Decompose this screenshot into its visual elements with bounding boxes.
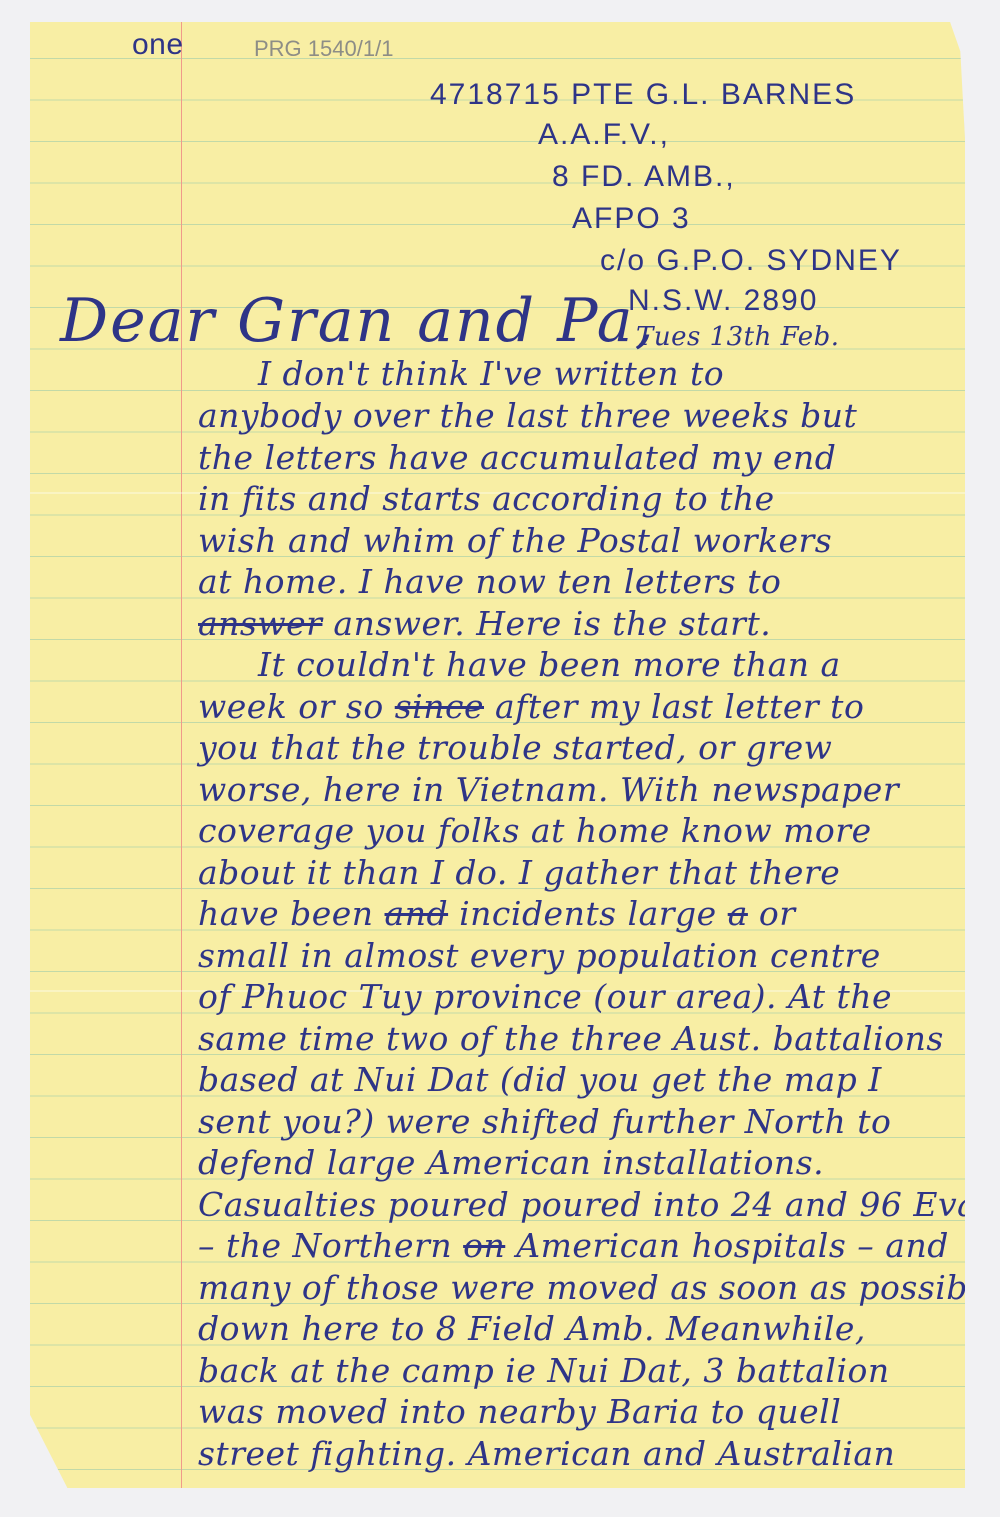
body-text: week or so (198, 687, 384, 726)
body-line: defend large American installations. (198, 1143, 824, 1182)
body-line: answer answer. Here is the start. (198, 604, 771, 643)
body-line: week or so since after my last letter to (198, 687, 864, 726)
body-line: Casualties poured poured into 24 and 96 … (198, 1185, 996, 1224)
struck-word: on (463, 1226, 505, 1265)
body-line: many of those were moved as soon as poss… (198, 1268, 999, 1307)
address-line: A.A.F.V., (538, 118, 670, 152)
body-line: back at the camp ie Nui Dat, 3 battalion (198, 1351, 890, 1390)
body-line: in fits and starts according to the (198, 479, 775, 518)
body-line: was moved into nearby Baria to quell (198, 1392, 841, 1431)
archive-reference: PRG 1540/1/1 (254, 36, 393, 62)
struck-word: answer (198, 604, 322, 643)
body-line: anybody over the last three weeks but (198, 396, 857, 435)
body-text: – the Northern (198, 1226, 452, 1265)
body-line: same time two of the three Aust. battali… (198, 1019, 944, 1058)
body-line: about it than I do. I gather that there (198, 853, 840, 892)
address-line: c/o G.P.O. SYDNEY (600, 244, 902, 278)
struck-word: a (728, 894, 748, 933)
body-line: sent you?) were shifted further North to (198, 1102, 891, 1141)
body-text: or (759, 894, 796, 933)
body-line: I don't think I've written to (258, 354, 724, 393)
letter-page: one PRG 1540/1/1 4718715 PTE G.L. BARNES… (30, 22, 965, 1488)
corner-note: one (132, 28, 184, 62)
letter-date: Tues 13th Feb. (636, 322, 840, 352)
body-line: wish and whim of the Postal workers (198, 521, 832, 560)
body-line: – the Northern on American hospitals – a… (198, 1226, 949, 1265)
address-line: 4718715 PTE G.L. BARNES (430, 78, 856, 112)
body-line: street fighting. American and Australian (198, 1434, 895, 1473)
body-line: you that the trouble started, or grew (198, 728, 832, 767)
body-line: at home. I have now ten letters to (198, 562, 781, 601)
struck-word: since (395, 687, 484, 726)
body-text: after my last letter to (495, 687, 864, 726)
struck-word: and (385, 894, 449, 933)
body-text: incidents large (459, 894, 717, 933)
body-line: It couldn't have been more than a (258, 645, 841, 684)
address-line: N.S.W. 2890 (628, 284, 818, 318)
body-line: down here to 8 Field Amb. Meanwhile, (198, 1309, 866, 1348)
body-line: the letters have accumulated my end (198, 438, 836, 477)
body-line: of Phuoc Tuy province (our area). At the (198, 977, 892, 1016)
body-line: coverage you folks at home know more (198, 811, 872, 850)
body-line: have been and incidents large a or (198, 894, 796, 933)
body-text: have been (198, 894, 374, 933)
body-text: American hospitals – and (516, 1226, 949, 1265)
salutation: Dear Gran and Pa, (60, 286, 656, 356)
body-line: small in almost every population centre (198, 936, 881, 975)
address-line: AFPO 3 (572, 202, 691, 236)
margin-line (181, 22, 182, 1488)
body-text: answer. Here is the start. (333, 604, 771, 643)
address-line: 8 FD. AMB., (552, 160, 736, 194)
body-line: based at Nui Dat (did you get the map I (198, 1060, 882, 1099)
body-line: worse, here in Vietnam. With newspaper (198, 770, 899, 809)
